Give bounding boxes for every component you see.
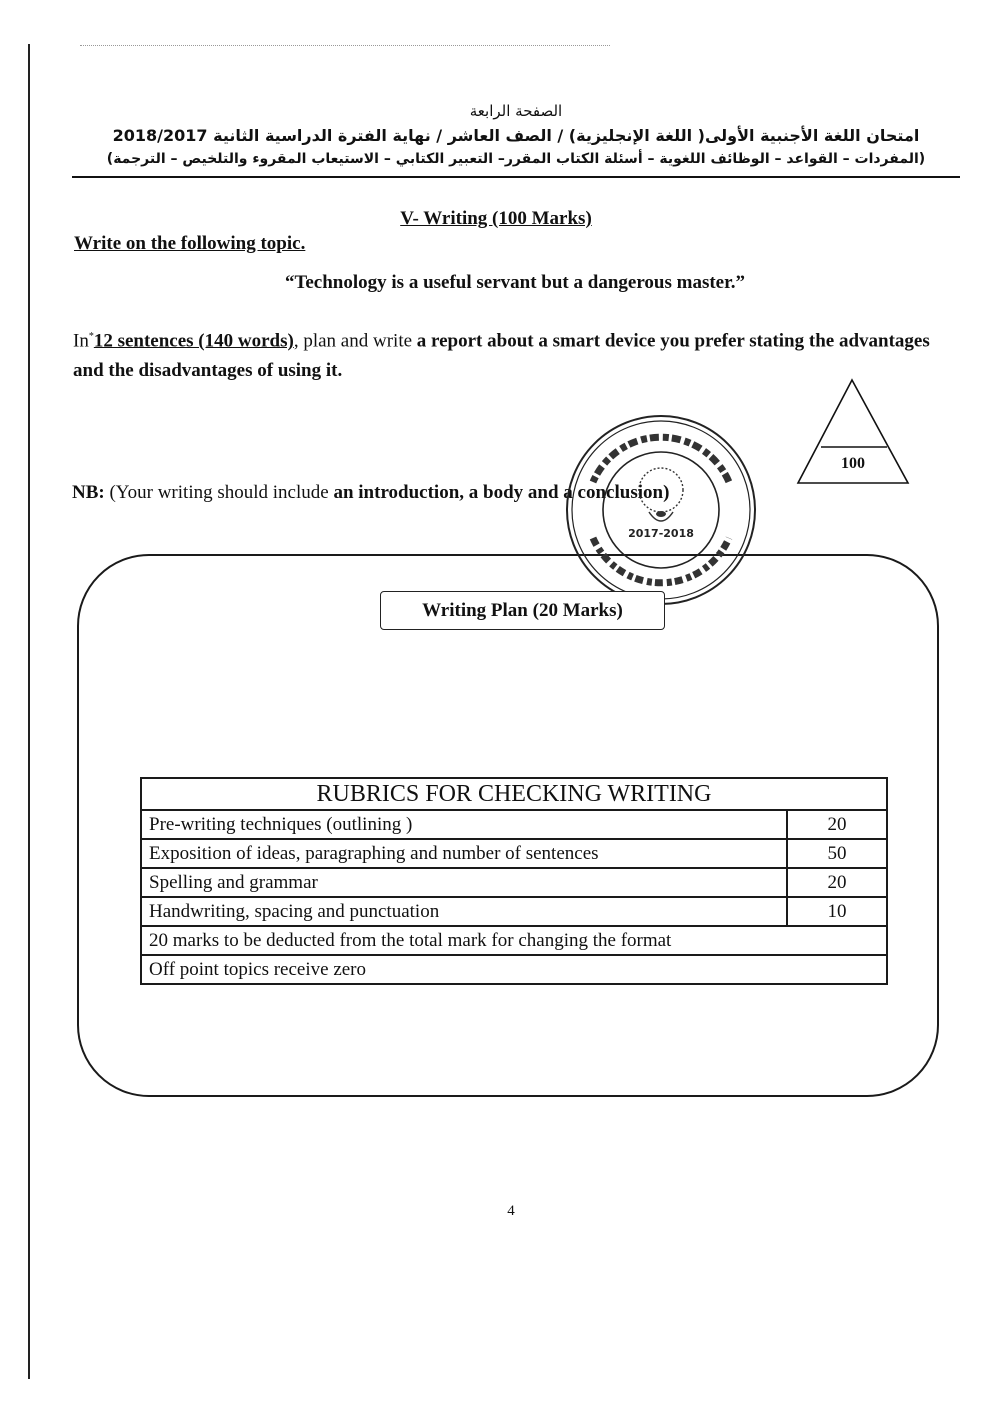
stamp-year: 2017-2018 — [621, 527, 701, 540]
table-row: Handwriting, spacing and punctuation 10 — [141, 897, 887, 926]
rubric-table: RUBRICS FOR CHECKING WRITING Pre-writing… — [140, 777, 888, 985]
table-row: Off point topics receive zero — [141, 955, 887, 984]
nb-plain: (Your writing should include — [105, 482, 334, 503]
page-label: الصفحة الرابعة — [72, 100, 960, 122]
instruction: Write on the following topic. — [74, 233, 305, 255]
rubric-criterion: Exposition of ideas, paragraphing and nu… — [141, 839, 787, 868]
official-stamp-icon — [563, 412, 759, 608]
nb-label: NB: — [72, 482, 105, 503]
score-value: 100 — [826, 455, 880, 473]
section-title: V- Writing (100 Marks) — [0, 208, 992, 230]
table-row: Exposition of ideas, paragraphing and nu… — [141, 839, 887, 868]
task-plain: , plan and write — [294, 330, 417, 351]
table-row: Spelling and grammar 20 — [141, 868, 887, 897]
length-requirement: 12 sentences (140 words) — [94, 330, 294, 351]
exam-title: امتحان اللغة الأجنبية الأولى( اللغة الإن… — [72, 124, 960, 148]
writing-plan-label: Writing Plan (20 Marks) — [380, 591, 665, 630]
rubric-note: 20 marks to be deducted from the total m… — [141, 926, 887, 955]
page-number: 4 — [0, 1203, 992, 1220]
rubric-criterion: Spelling and grammar — [141, 868, 787, 897]
rubric-marks: 20 — [787, 868, 887, 897]
topic-quote: “Technology is a useful servant but a da… — [0, 272, 992, 294]
header-divider — [72, 176, 960, 178]
rubric-marks: 10 — [787, 897, 887, 926]
scan-noise — [80, 45, 610, 47]
scan-margin-line — [28, 44, 30, 1379]
exam-header: الصفحة الرابعة امتحان اللغة الأجنبية الأ… — [72, 100, 960, 170]
rubric-header-row: RUBRICS FOR CHECKING WRITING — [141, 778, 887, 810]
rubric-marks: 20 — [787, 810, 887, 839]
rubric-criterion: Pre-writing techniques (outlining ) — [141, 810, 787, 839]
rubric-marks: 50 — [787, 839, 887, 868]
rubric-title: RUBRICS FOR CHECKING WRITING — [141, 778, 887, 810]
table-row: Pre-writing techniques (outlining ) 20 — [141, 810, 887, 839]
task-prefix: In — [73, 330, 89, 351]
rubric-criterion: Handwriting, spacing and punctuation — [141, 897, 787, 926]
rubric-note: Off point topics receive zero — [141, 955, 887, 984]
exam-sections: (المفردات – القواعد – الوظائف اللغوية – … — [72, 148, 960, 170]
table-row: 20 marks to be deducted from the total m… — [141, 926, 887, 955]
section-title-text: V- Writing (100 Marks) — [400, 208, 592, 229]
